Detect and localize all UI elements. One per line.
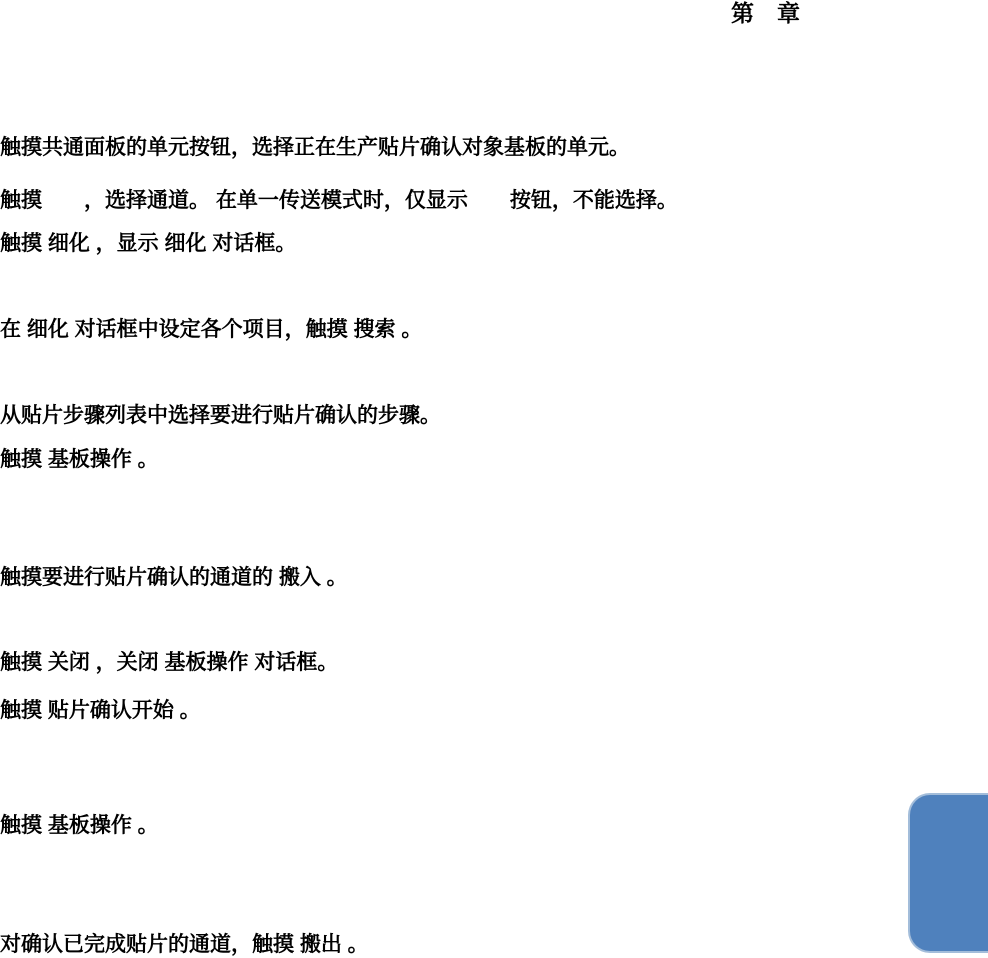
instruction-line: 在 细化 对话框中设定各个项目，触摸 搜索 。 xyxy=(0,318,422,341)
chapter-header: 第 章 xyxy=(731,0,800,26)
instruction-line: 触摸要进行贴片确认的通道的 搬入 。 xyxy=(0,566,348,589)
instruction-line: 触摸 ，选择通道。 在单一传送模式时，仅显示 按钮，不能选择。 xyxy=(0,189,678,212)
instruction-line: 触摸 贴片确认开始 。 xyxy=(0,699,201,722)
instruction-line: 触摸共通面板的单元按钮，选择正在生产贴片确认对象基板的单元。 xyxy=(0,136,630,159)
instruction-line: 触摸 基板操作 。 xyxy=(0,814,159,837)
instruction-line: 触摸 关闭 ，关闭 基板操作 对话框。 xyxy=(0,651,338,674)
instruction-line: 触摸 细化 ，显示 细化 对话框。 xyxy=(0,232,296,255)
instruction-line: 对确认已完成贴片的通道，触摸 搬出 。 xyxy=(0,933,369,956)
instruction-line: 从贴片步骤列表中选择要进行贴片确认的步骤。 xyxy=(0,404,441,427)
chapter-side-tab-marker xyxy=(908,793,988,953)
instruction-line: 触摸 基板操作 。 xyxy=(0,448,159,471)
manual-page: 第 章 触摸共通面板的单元按钮，选择正在生产贴片确认对象基板的单元。 触摸 ，选… xyxy=(0,0,988,958)
